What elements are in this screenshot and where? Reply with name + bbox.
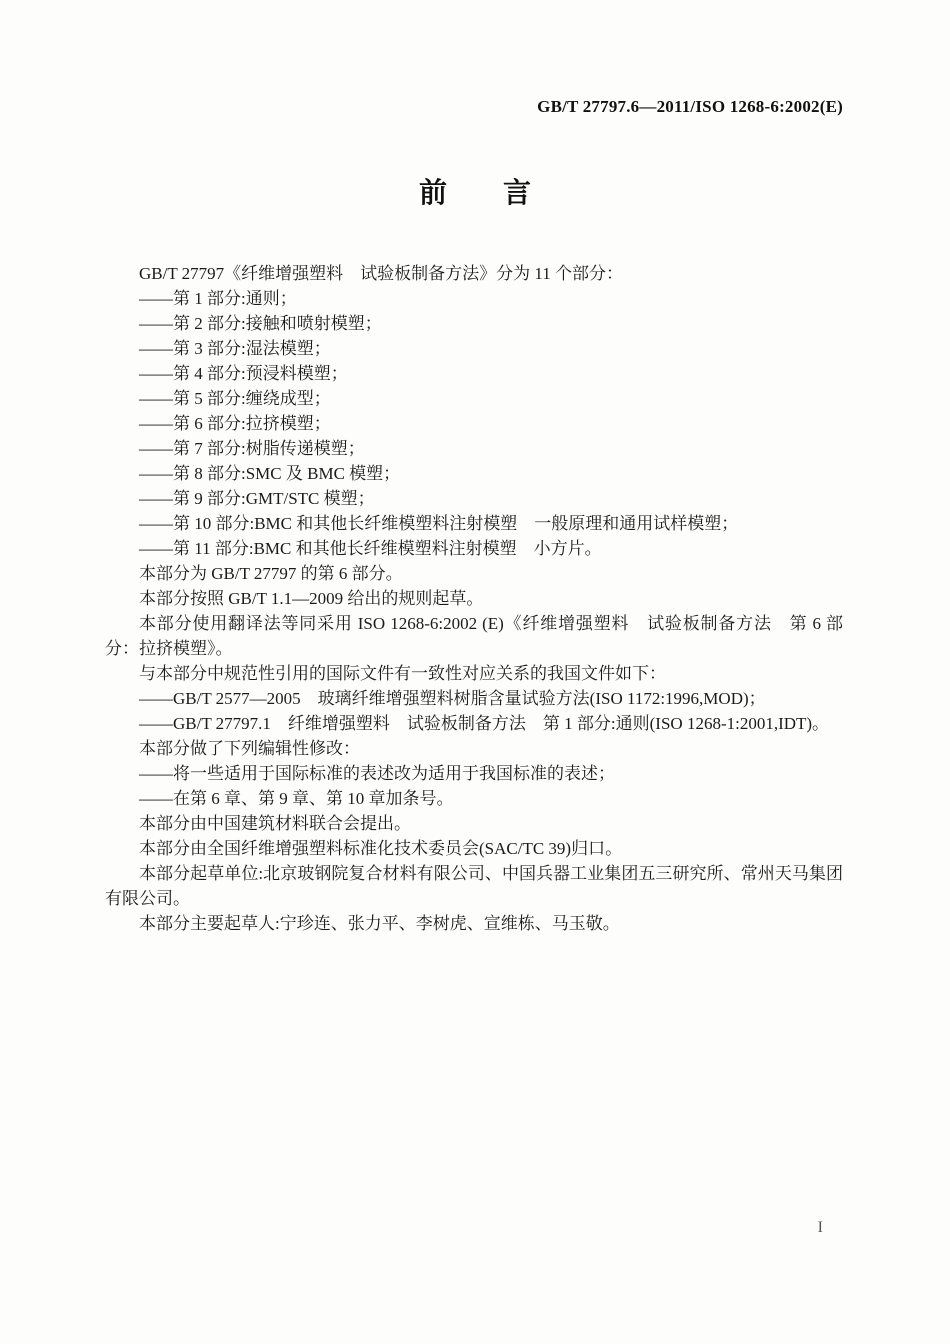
paragraph: 本部分起草单位:北京玻钢院复合材料有限公司、中国兵器工业集团五三研究所、常州天马…: [105, 861, 843, 911]
paragraph: ——第 5 部分:缠绕成型；: [105, 386, 843, 411]
paragraph: 本部分为 GB/T 27797 的第 6 部分。: [105, 561, 843, 586]
document-page: GB/T 27797.6—2011/ISO 1268-6:2002(E) 前 言…: [0, 0, 950, 1344]
paragraph: 本部分由中国建筑材料联合会提出。: [105, 811, 843, 836]
standard-number: GB/T 27797.6—2011/ISO 1268-6:2002(E): [537, 97, 843, 116]
paragraph: ——第 10 部分:BMC 和其他长纤维模塑料注射模塑 一般原理和通用试样模塑；: [105, 511, 843, 536]
foreword-body: GB/T 27797《纤维增强塑料 试验板制备方法》分为 11 个部分：——第 …: [105, 261, 843, 936]
paragraph: ——第 6 部分:拉挤模塑；: [105, 411, 843, 436]
paragraph: 本部分做了下列编辑性修改：: [105, 736, 843, 761]
paragraph: 本部分按照 GB/T 1.1—2009 给出的规则起草。: [105, 586, 843, 611]
paragraph: ——GB/T 2577—2005 玻璃纤维增强塑料树脂含量试验方法(ISO 11…: [105, 686, 843, 711]
paragraph: ——第 3 部分:湿法模塑；: [105, 336, 843, 361]
paragraph: ——第 11 部分:BMC 和其他长纤维模塑料注射模塑 小方片。: [105, 536, 843, 561]
paragraph: ——第 4 部分:预浸料模塑；: [105, 361, 843, 386]
page-number: I: [818, 1219, 823, 1236]
paragraph: ——在第 6 章、第 9 章、第 10 章加条号。: [105, 786, 843, 811]
paragraph: ——GB/T 27797.1 纤维增强塑料 试验板制备方法 第 1 部分:通则(…: [105, 711, 843, 736]
paragraph: 本部分使用翻译法等同采用 ISO 1268-6:2002 (E)《纤维增强塑料 …: [105, 611, 843, 661]
paragraph: 与本部分中规范性引用的国际文件有一致性对应关系的我国文件如下：: [105, 661, 843, 686]
page-title: 前 言: [0, 177, 950, 209]
paragraph: ——将一些适用于国际标准的表述改为适用于我国标准的表述；: [105, 761, 843, 786]
paragraph: ——第 1 部分:通则；: [105, 286, 843, 311]
paragraph: ——第 7 部分:树脂传递模塑；: [105, 436, 843, 461]
page-footer: I: [105, 1219, 823, 1237]
paragraph: 本部分由全国纤维增强塑料标准化技术委员会(SAC/TC 39)归口。: [105, 836, 843, 861]
paragraph: ——第 2 部分:接触和喷射模塑；: [105, 311, 843, 336]
page-header: GB/T 27797.6—2011/ISO 1268-6:2002(E): [105, 97, 843, 117]
paragraph: 本部分主要起草人:宁珍连、张力平、李树虎、宣维栋、马玉敬。: [105, 911, 843, 936]
paragraph: GB/T 27797《纤维增强塑料 试验板制备方法》分为 11 个部分：: [105, 261, 843, 286]
paragraph: ——第 9 部分:GMT/STC 模塑；: [105, 486, 843, 511]
paragraph: ——第 8 部分:SMC 及 BMC 模塑；: [105, 461, 843, 486]
